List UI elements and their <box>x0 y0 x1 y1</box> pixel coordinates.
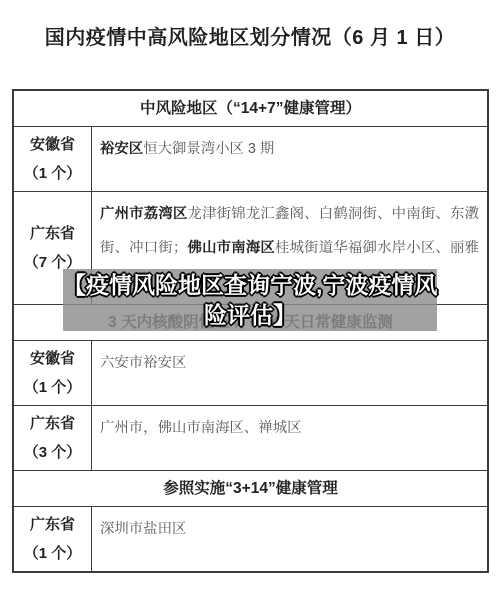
province-cell: 广东省（1 个） <box>14 507 92 571</box>
watermark-line-1: 【疫情风险地区查询宁波,宁波疫情风 <box>63 270 437 300</box>
table-row: 广东省（1 个）深圳市盐田区 <box>14 506 487 571</box>
province-name: 广东省 <box>30 219 75 248</box>
province-name: 安徽省 <box>30 130 75 159</box>
page-title: 国内疫情中高风险地区划分情况（6 月 1 日） <box>0 21 500 50</box>
table-row: 安徽省（1 个）六安市裕安区 <box>14 340 487 405</box>
area-list-cell: 裕安区恒大御景湾小区 3 期 <box>92 127 487 191</box>
province-cell: 安徽省（1 个） <box>14 341 92 405</box>
area-text: 裕安区 <box>100 141 143 157</box>
province-count: （1 个） <box>24 373 82 402</box>
province-count: （3 个） <box>24 438 82 467</box>
watermark-line-2: 险评估】 <box>63 300 437 330</box>
area-text: 佛山市南海区 <box>187 240 275 256</box>
province-name: 安徽省 <box>30 344 75 373</box>
section-header: 参照实施“3+14”健康管理 <box>14 470 487 506</box>
section-header: 中风险地区（“14+7”健康管理） <box>14 91 487 126</box>
document-page: 国内疫情中高风险地区划分情况（6 月 1 日） 中风险地区（“14+7”健康管理… <box>0 0 500 593</box>
area-text: 广州市荔湾区 <box>100 206 188 222</box>
province-count: （1 个） <box>24 539 82 568</box>
risk-table: 中风险地区（“14+7”健康管理）安徽省（1 个）裕安区恒大御景湾小区 3 期广… <box>12 89 489 573</box>
area-text: 深圳市盐田区 <box>100 521 186 537</box>
area-list-cell: 广州市，佛山市南海区、禅城区 <box>92 406 487 470</box>
province-cell: 广东省（3 个） <box>14 406 92 470</box>
province-cell: 安徽省（1 个） <box>14 127 92 191</box>
area-list-cell: 深圳市盐田区 <box>92 507 487 571</box>
province-name: 广东省 <box>30 510 75 539</box>
area-list-cell: 六安市裕安区 <box>92 341 487 405</box>
area-text: 六安市裕安区 <box>100 355 186 371</box>
watermark-caption: 【疫情风险地区查询宁波,宁波疫情风 险评估】 <box>63 269 437 331</box>
province-name: 广东省 <box>30 409 75 438</box>
table-row: 广东省（3 个）广州市，佛山市南海区、禅城区 <box>14 405 487 470</box>
table-row: 安徽省（1 个）裕安区恒大御景湾小区 3 期 <box>14 126 487 191</box>
area-text: 恒大御景湾小区 3 期 <box>143 141 274 157</box>
province-count: （1 个） <box>24 159 82 188</box>
area-text: 广州市，佛山市南海区、禅城区 <box>100 420 301 436</box>
